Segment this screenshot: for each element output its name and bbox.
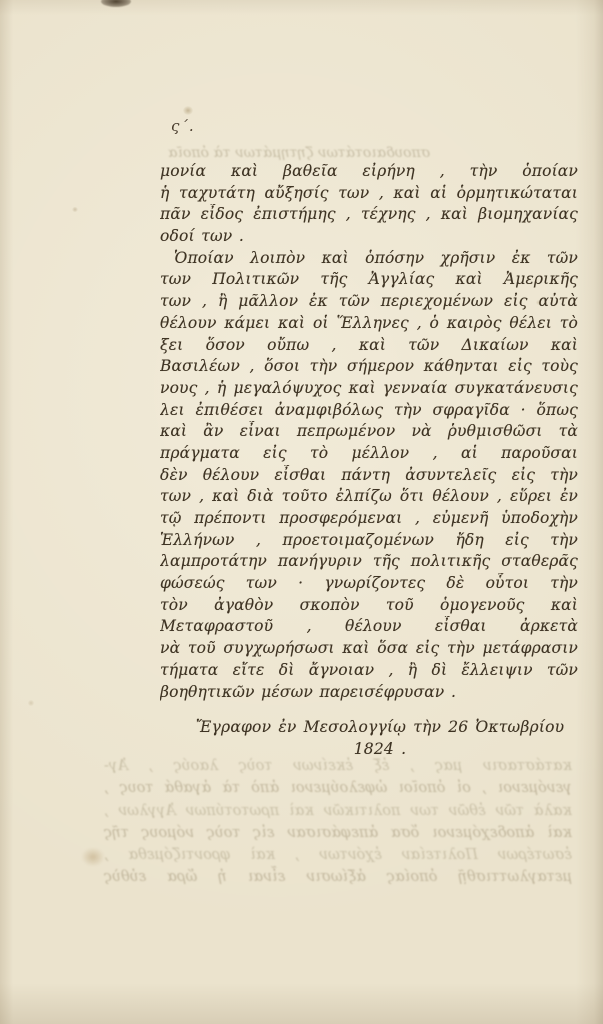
text-line: των , ἢ μᾶλλον ἐκ τῶν περιεχομένων εἰς α… (160, 291, 578, 313)
bleedthrough-text-top: σπουδαιοτάτων ζητημάτων τὰ ὁποῖα (168, 143, 568, 163)
text-line: των Πολιτικῶν τῆς Ἀγγλίας καὶ Ἀμερικῆς Σ… (160, 269, 578, 291)
foxing-dot-lower (28, 700, 34, 706)
text-line: ἡ ταχυτάτη αὔξησίς των , καὶ αἱ ὁρμητικώ… (160, 183, 578, 205)
text-line: μονία καὶ βαθεῖα εἰρήνη , τὴν ὁποίαν ἀπο… (160, 161, 578, 183)
bleedthrough-line: ἐσωτέρων Πολιτείαν ἐχόντων , καὶ φροντιζ… (104, 844, 572, 866)
text-line: καὶ ἂν εἶναι πεπρωμένον νὰ ῥυθμισθῶσι τὰ… (160, 421, 578, 443)
text-line: Ἑλλήνων , προετοιμαζομένων ἤδη εἰς τὴν μ… (160, 530, 578, 552)
paragraph-continuation: μονία καὶ βαθεῖα εἰρήνη , τὴν ὁποίαν ἀπο… (160, 161, 578, 248)
foxing-stain-bottom-left (82, 848, 104, 866)
text-line: των , καὶ διὰ τοῦτο ἐλπίζω ὅτι θέλουν , … (160, 486, 578, 508)
text-line: οδοί των . (160, 226, 578, 248)
text-line: δὲν θέλουν εἶσθαι πάντη ἀσυντελεῖς εἰς τ… (160, 465, 578, 487)
text-line: πᾶν εἶδος ἐπιστήμης , τέχνης , καὶ βιομη… (160, 204, 578, 226)
text-line: Βασιλέων , ὅσοι τὴν σήμερον κάθηνται εἰς… (160, 356, 578, 378)
text-line: τῷ πρέποντι προσφερόμεναι , εὐμενῆ ὑποδο… (160, 508, 578, 530)
text-line: νους , ἡ μεγαλόψυχος καὶ γενναία συγκατά… (160, 378, 578, 400)
text-line: ξει ὅσον οὔπω , καὶ τῶν Δικαίων καὶ Φιλα… (160, 335, 578, 357)
text-line: τὸν ἀγαθὸν σκοπὸν τοῦ ὁμογενοῦς καὶ συνα… (160, 595, 578, 617)
paper-fleck (183, 106, 193, 115)
text-line: βοηθητικῶν μέσων παρεισέφρυσαν . (160, 682, 578, 704)
book-page: σπουδαιοτάτων ζητημάτων τὰ ὁποῖα ς´. μον… (0, 0, 603, 1024)
paragraph-main: Ὁποίαν λοιπὸν καὶ ὁπόσην χρῆσιν ἐκ τῶν π… (160, 248, 578, 703)
text-line: νὰ τοῦ συγχωρήσωσι καὶ ὅσα εἰς τὴν μετάφ… (160, 638, 578, 660)
ink-smudge-top-edge (101, 0, 131, 7)
bleedthrough-line: γενόμενοι , οἱ ὁποῖοι ὠφελούμενοι ἀπὸ τὰ… (104, 777, 572, 799)
text-line: Μεταφραστοῦ , θέλουν εἶσθαι ἀρκετὰ συγκα… (160, 616, 578, 638)
text-line: Ὁποίαν λοιπὸν καὶ ὁπόσην χρῆσιν ἐκ τῶν π… (160, 248, 578, 270)
text-line: θέλουν κάμει καὶ οἱ Ἕλληνες , ὁ καιρὸς θ… (160, 313, 578, 335)
page-number: ς´. (171, 117, 195, 135)
bleedthrough-line: κατάστασιν μας , ἐξ ἐκείνων τοὺς λαούς ,… (104, 755, 572, 777)
foxing-dot-left (72, 207, 78, 212)
text-line: λαμπροτάτην πανήγυριν τῆς πολιτικῆς σταθ… (160, 551, 578, 573)
main-text-block: μονία καὶ βαθεῖα εἰρήνη , τὴν ὁποίαν ἀπο… (160, 161, 578, 761)
text-line: λει ἐπιθέσει ἀναμφιβόλως τὴν σφραγῖδα · … (160, 400, 578, 422)
bleedthrough-line: καλὰ τῶν ἐθῶν των πολιτικῶν καὶ πρωτοτύπ… (104, 800, 572, 822)
bleedthrough-block: κατάστασιν μας , ἐξ ἐκείνων τοὺς λαούς ,… (104, 755, 572, 889)
bleedthrough-line: μεταγλωττισθῇ ὁποίας ἀξίωσιν εἶναι ἡ ὥρα… (104, 866, 572, 888)
text-line: πράγματα εἰς τὸ μέλλον , αἱ παροῦσαι μετ… (160, 443, 578, 465)
bleedthrough-line: καὶ ἀποδεχόμενοι ὅσα ἀπεφάσισαν εἰς τοὺς… (104, 822, 572, 844)
text-line: τήματα εἴτε δὶ ἄγνοιαν , ἢ δὶ ἔλλειψιν τ… (160, 660, 578, 682)
text-line: φώσεώς των · γνωρίζοντες δὲ οὗτοι τὴν πρ… (160, 573, 578, 595)
